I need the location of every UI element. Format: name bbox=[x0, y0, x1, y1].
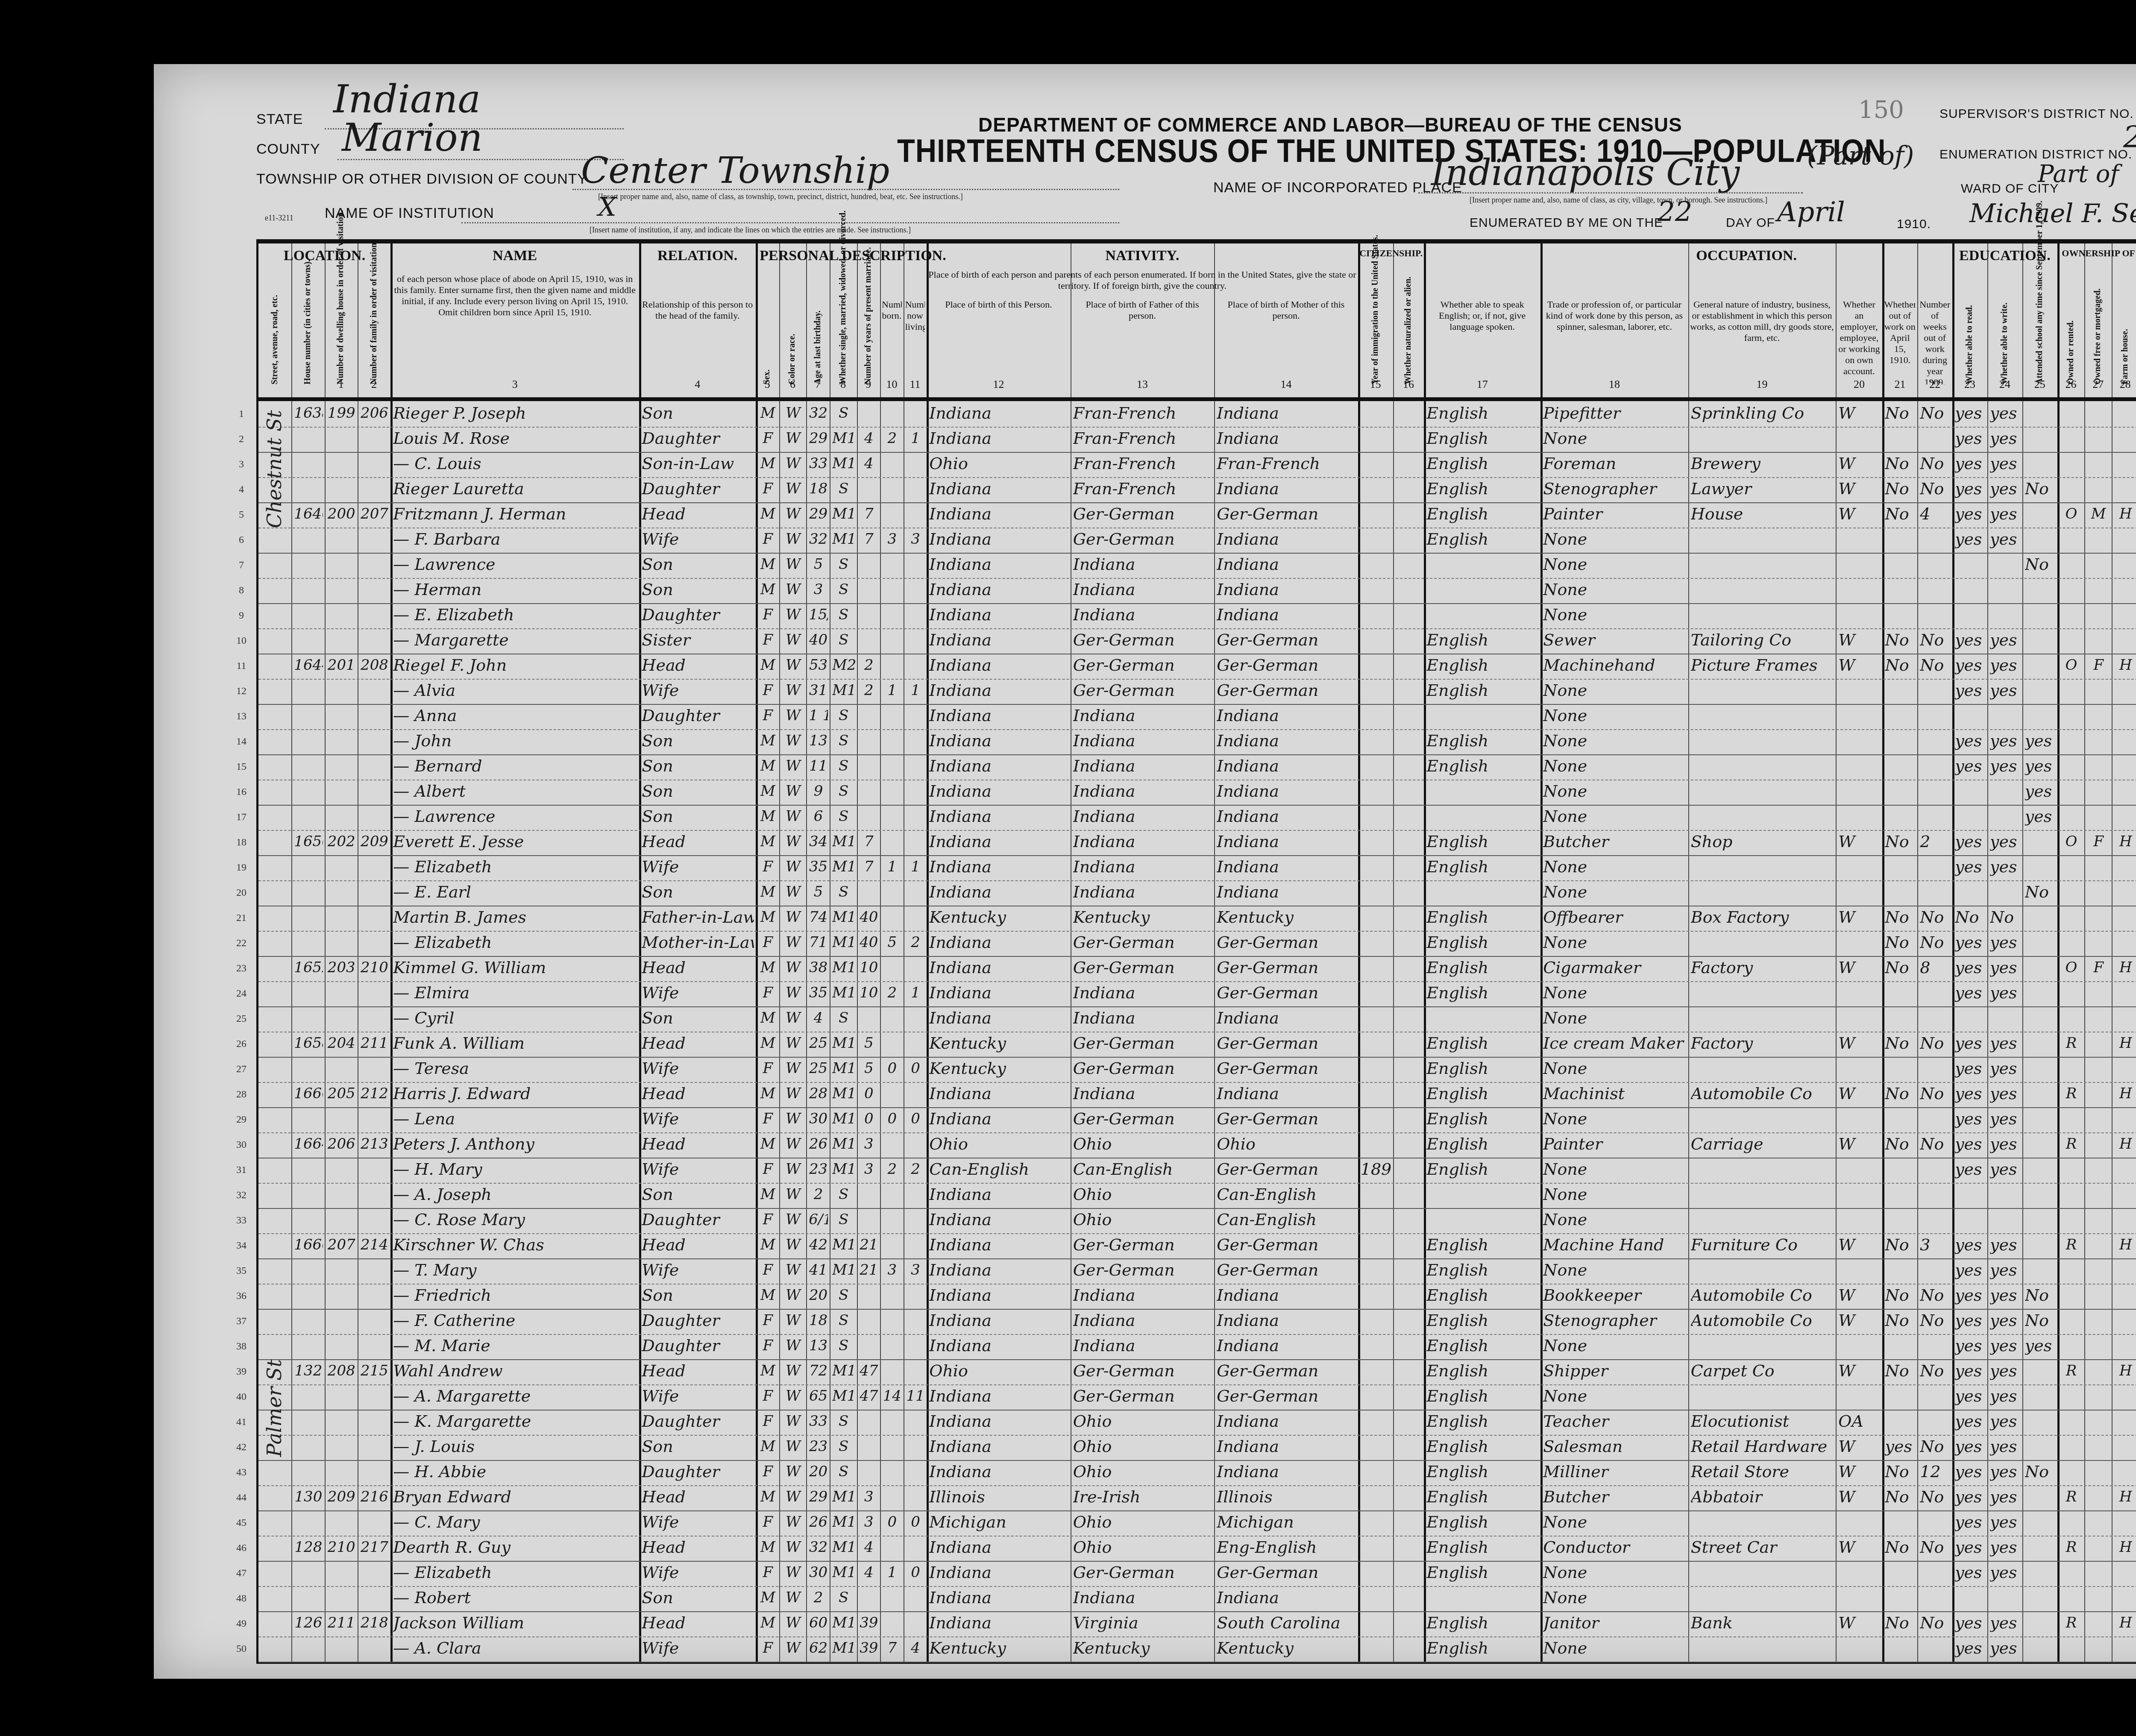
cell-yrs bbox=[860, 576, 879, 601]
cell-name: Kirschner W. Chas bbox=[393, 1232, 637, 1257]
line-number: 12 bbox=[233, 686, 250, 697]
column-group-personal: PERSONAL DESCRIPTION. bbox=[756, 248, 950, 264]
cell-race: W bbox=[782, 954, 805, 979]
cell-yrs: 4 bbox=[860, 425, 879, 450]
cell-weeks: No bbox=[1920, 904, 1951, 929]
cell-marital: M2 bbox=[832, 652, 855, 677]
cell-sex: M bbox=[758, 1282, 778, 1307]
column-number: 15 bbox=[1358, 378, 1393, 391]
cell-relation: Son bbox=[642, 1433, 754, 1458]
cell-read bbox=[1955, 879, 1986, 904]
cell-name: — C. Rose Mary bbox=[393, 1206, 637, 1232]
cell-own: R bbox=[2060, 1232, 2083, 1257]
line-number: 11 bbox=[233, 660, 250, 672]
cell-industry bbox=[1691, 778, 1834, 803]
cell-house bbox=[294, 601, 323, 627]
line-number: 5 bbox=[233, 509, 250, 521]
cell-nat bbox=[1396, 601, 1423, 627]
cell-pob: Indiana bbox=[929, 1534, 1068, 1559]
cell-pob_f: Indiana bbox=[1073, 1584, 1212, 1610]
cell-born bbox=[883, 450, 902, 475]
cell-pob_f: Indiana bbox=[1073, 727, 1212, 753]
cell-marital: M1 bbox=[832, 1509, 855, 1534]
cell-weeks: 12 bbox=[1920, 1458, 1951, 1484]
cell-read: yes bbox=[1955, 1055, 1986, 1080]
column-header-pob: Place of birth of this Person. bbox=[928, 299, 1068, 384]
cell-age: 2 bbox=[809, 1181, 828, 1206]
line-number: 21 bbox=[233, 912, 250, 924]
cell-pob_m: Ger-German bbox=[1217, 1030, 1356, 1055]
cell-living bbox=[906, 1332, 925, 1358]
cell-industry: Sprinkling Co bbox=[1691, 400, 1834, 425]
cell-sex: F bbox=[758, 1106, 778, 1131]
cell-dwelling: 209 bbox=[327, 1484, 356, 1509]
cell-fh bbox=[2114, 475, 2136, 501]
line-number: 20 bbox=[233, 887, 250, 899]
column-header-school: Attended school any time since September… bbox=[2035, 278, 2045, 384]
column-divider bbox=[756, 243, 758, 1662]
cell-eng bbox=[1426, 803, 1539, 828]
cell-relation: Wife bbox=[642, 979, 754, 1005]
column-number: 27 bbox=[2084, 378, 2112, 391]
cell-school: No bbox=[2025, 475, 2056, 501]
cell-dwelling bbox=[327, 727, 356, 753]
column-header-dwelling: Number of dwelling house in order of vis… bbox=[336, 278, 346, 384]
line-number: 7 bbox=[233, 560, 250, 571]
cell-weeks bbox=[1920, 526, 1951, 551]
cell-name: — F. Catherine bbox=[393, 1307, 637, 1332]
column-divider bbox=[2112, 243, 2113, 1662]
cell-industry bbox=[1691, 1206, 1834, 1232]
cell-imm bbox=[1361, 501, 1391, 526]
column-number: 12 bbox=[927, 378, 1070, 391]
cell-relation: Daughter bbox=[642, 601, 754, 627]
cell-weeks: No bbox=[1920, 1610, 1951, 1635]
cell-write: yes bbox=[1990, 1534, 2021, 1559]
cell-family: 216 bbox=[360, 1484, 389, 1509]
cell-age: 28 bbox=[809, 1080, 828, 1106]
cell-house bbox=[294, 1509, 323, 1534]
cell-sex: F bbox=[758, 601, 778, 627]
cell-out bbox=[1885, 702, 1916, 727]
cell-pob_f: Indiana bbox=[1073, 1332, 1212, 1358]
line-number: 17 bbox=[233, 812, 250, 823]
cell-nat bbox=[1396, 1206, 1423, 1232]
cell-pob_m: Illinois bbox=[1217, 1484, 1356, 1509]
cell-imm bbox=[1361, 677, 1391, 702]
column-header-nat: Whether naturalized or alien. bbox=[1403, 278, 1413, 384]
cell-pob: Indiana bbox=[929, 803, 1068, 828]
cell-weeks: 3 bbox=[1920, 1232, 1951, 1257]
cell-pob: Indiana bbox=[929, 979, 1068, 1005]
cell-house bbox=[294, 1559, 323, 1584]
cell-relation: Son bbox=[642, 778, 754, 803]
cell-weeks: No bbox=[1920, 929, 1951, 954]
cell-pob_m: Michigan bbox=[1217, 1509, 1356, 1534]
cell-own bbox=[2060, 450, 2083, 475]
column-header-street: Street, avenue, road, etc. bbox=[270, 278, 280, 384]
cell-read: yes bbox=[1955, 1232, 1986, 1257]
cell-mort bbox=[2087, 1156, 2110, 1181]
column-number: 18 bbox=[1540, 378, 1688, 391]
cell-fh bbox=[2114, 778, 2136, 803]
cell-school bbox=[2025, 1358, 2056, 1383]
cell-mort bbox=[2087, 1257, 2110, 1282]
cell-fh bbox=[2114, 1584, 2136, 1610]
cell-trade: Shipper bbox=[1543, 1358, 1687, 1383]
cell-trade: Salesman bbox=[1543, 1433, 1687, 1458]
cell-house bbox=[294, 450, 323, 475]
cell-name: — Albert bbox=[393, 778, 637, 803]
cell-pob: Indiana bbox=[929, 828, 1068, 853]
cell-trade: None bbox=[1543, 929, 1687, 954]
cell-industry: Elocutionist bbox=[1691, 1408, 1834, 1433]
cell-age: 26 bbox=[809, 1131, 828, 1156]
cell-nat bbox=[1396, 929, 1423, 954]
cell-imm bbox=[1361, 425, 1391, 450]
cell-living bbox=[906, 1206, 925, 1232]
cell-relation: Wife bbox=[642, 1559, 754, 1584]
cell-name: — T. Mary bbox=[393, 1257, 637, 1282]
column-number: 10 bbox=[880, 378, 904, 391]
cell-race: W bbox=[782, 1131, 805, 1156]
column-divider bbox=[639, 243, 641, 1662]
cell-living: 11 bbox=[906, 1383, 925, 1408]
cell-pob_f: Kentucky bbox=[1073, 904, 1212, 929]
line-number: 33 bbox=[233, 1215, 250, 1226]
column-divider bbox=[2057, 243, 2060, 1662]
cell-weeks: No bbox=[1920, 1358, 1951, 1383]
cell-imm bbox=[1361, 1257, 1391, 1282]
column-header-emp: Whether an employer, employee, or workin… bbox=[1837, 299, 1881, 384]
cell-write: yes bbox=[1990, 1509, 2021, 1534]
column-header-imm: Year of immigration to the United States… bbox=[1370, 278, 1380, 384]
cell-weeks bbox=[1920, 551, 1951, 576]
cell-house: 1644 bbox=[294, 652, 323, 677]
cell-imm bbox=[1361, 1559, 1391, 1584]
cell-fh bbox=[2114, 526, 2136, 551]
line-number: 36 bbox=[233, 1290, 250, 1302]
cell-yrs: 3 bbox=[860, 1509, 879, 1534]
cell-imm bbox=[1361, 1383, 1391, 1408]
cell-relation: Head bbox=[642, 828, 754, 853]
township-note: [Insert proper name and, also, name of c… bbox=[598, 192, 963, 201]
cell-mort bbox=[2087, 879, 2110, 904]
cell-relation: Daughter bbox=[642, 702, 754, 727]
cell-family bbox=[360, 904, 389, 929]
cell-pob_m: Can-English bbox=[1217, 1181, 1356, 1206]
cell-out: No bbox=[1885, 1232, 1916, 1257]
cell-race: W bbox=[782, 1358, 805, 1383]
cell-born: 5 bbox=[883, 929, 902, 954]
cell-write: yes bbox=[1990, 1030, 2021, 1055]
cell-out bbox=[1885, 1055, 1916, 1080]
cell-house bbox=[294, 979, 323, 1005]
cell-pob_m: Indiana bbox=[1217, 1408, 1356, 1433]
cell-own bbox=[2060, 1055, 2083, 1080]
cell-sex: M bbox=[758, 1232, 778, 1257]
cell-industry: Automobile Co bbox=[1691, 1282, 1834, 1307]
cell-mort bbox=[2087, 1080, 2110, 1106]
cell-name: — H. Abbie bbox=[393, 1458, 637, 1484]
cell-pob: Indiana bbox=[929, 1206, 1068, 1232]
cell-weeks: 4 bbox=[1920, 501, 1951, 526]
cell-pob: Ohio bbox=[929, 1131, 1068, 1156]
cell-trade: Machinehand bbox=[1543, 652, 1687, 677]
cell-out: No bbox=[1885, 1307, 1916, 1332]
cell-yrs: 39 bbox=[860, 1635, 879, 1660]
cell-pob_f: Indiana bbox=[1073, 702, 1212, 727]
cell-race: W bbox=[782, 1610, 805, 1635]
cell-trade: Machine Hand bbox=[1543, 1232, 1687, 1257]
cell-family bbox=[360, 1408, 389, 1433]
institution-value: X bbox=[598, 192, 616, 222]
cell-eng: English bbox=[1426, 1156, 1539, 1181]
cell-dwelling bbox=[327, 1584, 356, 1610]
cell-fh bbox=[2114, 551, 2136, 576]
cell-pob: Indiana bbox=[929, 627, 1068, 652]
cell-read: yes bbox=[1955, 1383, 1986, 1408]
cell-age: 33 bbox=[809, 450, 828, 475]
column-divider bbox=[1393, 243, 1394, 1662]
cell-mort: F bbox=[2087, 954, 2110, 979]
cell-own bbox=[2060, 1559, 2083, 1584]
cell-eng: English bbox=[1426, 1106, 1539, 1131]
cell-emp: W bbox=[1838, 1030, 1881, 1055]
line-number: 29 bbox=[233, 1114, 250, 1126]
cell-pob: Kentucky bbox=[929, 904, 1068, 929]
cell-own bbox=[2060, 1332, 2083, 1358]
cell-sex: M bbox=[758, 1005, 778, 1030]
cell-nat bbox=[1396, 475, 1423, 501]
cell-out bbox=[1885, 879, 1916, 904]
line-number: 43 bbox=[233, 1467, 250, 1478]
cell-imm bbox=[1361, 879, 1391, 904]
form-code: e11-3211 bbox=[265, 214, 293, 223]
cell-dwelling bbox=[327, 702, 356, 727]
cell-nat bbox=[1396, 727, 1423, 753]
cell-house bbox=[294, 526, 323, 551]
cell-house: 1652 bbox=[294, 954, 323, 979]
cell-age: 29 bbox=[809, 1484, 828, 1509]
cell-race: W bbox=[782, 1332, 805, 1358]
cell-relation: Son bbox=[642, 551, 754, 576]
cell-race: W bbox=[782, 1030, 805, 1055]
cell-write: yes bbox=[1990, 1156, 2021, 1181]
cell-fh bbox=[2114, 1332, 2136, 1358]
cell-own bbox=[2060, 1282, 2083, 1307]
cell-dwelling: 210 bbox=[327, 1534, 356, 1559]
cell-pob: Indiana bbox=[929, 1307, 1068, 1332]
cell-own bbox=[2060, 1106, 2083, 1131]
cell-born bbox=[883, 1484, 902, 1509]
line-number: 2 bbox=[233, 434, 250, 445]
cell-relation: Daughter bbox=[642, 1206, 754, 1232]
cell-imm bbox=[1361, 979, 1391, 1005]
cell-relation: Wife bbox=[642, 526, 754, 551]
cell-emp: W bbox=[1838, 954, 1881, 979]
line-number: 3 bbox=[233, 459, 250, 470]
cell-weeks bbox=[1920, 1206, 1951, 1232]
cell-nat bbox=[1396, 1635, 1423, 1660]
cell-relation: Daughter bbox=[642, 1332, 754, 1358]
cell-sex: F bbox=[758, 929, 778, 954]
cell-read bbox=[1955, 702, 1986, 727]
cell-nat bbox=[1396, 803, 1423, 828]
cell-pob_f: Ger-German bbox=[1073, 501, 1212, 526]
cell-pob_m: Ohio bbox=[1217, 1131, 1356, 1156]
cell-family: 207 bbox=[360, 501, 389, 526]
cell-born bbox=[883, 1534, 902, 1559]
cell-relation: Head bbox=[642, 1131, 754, 1156]
cell-yrs: 7 bbox=[860, 501, 879, 526]
cell-yrs: 7 bbox=[860, 526, 879, 551]
cell-yrs bbox=[860, 1181, 879, 1206]
cell-emp: W bbox=[1838, 1131, 1881, 1156]
cell-imm bbox=[1361, 526, 1391, 551]
cell-out bbox=[1885, 1584, 1916, 1610]
cell-write: yes bbox=[1990, 954, 2021, 979]
cell-industry bbox=[1691, 425, 1834, 450]
cell-name: — Herman bbox=[393, 576, 637, 601]
cell-weeks: No bbox=[1920, 1030, 1951, 1055]
cell-write: yes bbox=[1990, 1257, 2021, 1282]
enum-day: 22 bbox=[1658, 196, 1692, 228]
cell-pob_f: Indiana bbox=[1073, 576, 1212, 601]
cell-family bbox=[360, 551, 389, 576]
cell-pob_f: Ger-German bbox=[1073, 1106, 1212, 1131]
cell-own: O bbox=[2060, 954, 2083, 979]
cell-eng: English bbox=[1426, 400, 1539, 425]
column-divider bbox=[806, 243, 807, 1662]
cell-pob: Indiana bbox=[929, 1181, 1068, 1206]
cell-own bbox=[2060, 979, 2083, 1005]
cell-pob_f: Ohio bbox=[1073, 1408, 1212, 1433]
column-number: 6 bbox=[779, 378, 807, 391]
cell-own bbox=[2060, 1156, 2083, 1181]
cell-sex: F bbox=[758, 1458, 778, 1484]
cell-imm bbox=[1361, 601, 1391, 627]
cell-pob_f: Indiana bbox=[1073, 828, 1212, 853]
cell-nat bbox=[1396, 1534, 1423, 1559]
cell-yrs: 21 bbox=[860, 1232, 879, 1257]
cell-fh bbox=[2114, 1005, 2136, 1030]
cell-eng bbox=[1426, 879, 1539, 904]
cell-school: No bbox=[2025, 1307, 2056, 1332]
cell-pob: Ohio bbox=[929, 1358, 1068, 1383]
cell-pob: Indiana bbox=[929, 475, 1068, 501]
cell-dwelling: 200 bbox=[327, 501, 356, 526]
cell-write: yes bbox=[1990, 526, 2021, 551]
cell-born bbox=[883, 702, 902, 727]
cell-own: R bbox=[2060, 1484, 2083, 1509]
cell-living bbox=[906, 1282, 925, 1307]
cell-emp: W bbox=[1838, 1610, 1881, 1635]
cell-trade: None bbox=[1543, 778, 1687, 803]
cell-write: yes bbox=[1990, 475, 2021, 501]
cell-living bbox=[906, 450, 925, 475]
cell-name: Everett E. Jesse bbox=[393, 828, 637, 853]
cell-age: 25 bbox=[809, 1055, 828, 1080]
cell-name: Rieger Lauretta bbox=[393, 475, 637, 501]
cell-born: 0 bbox=[883, 1509, 902, 1534]
cell-industry bbox=[1691, 803, 1834, 828]
cell-industry bbox=[1691, 1055, 1834, 1080]
cell-pob_f: Ger-German bbox=[1073, 929, 1212, 954]
cell-born bbox=[883, 1332, 902, 1358]
cell-family bbox=[360, 1433, 389, 1458]
cell-mort bbox=[2087, 904, 2110, 929]
line-number: 27 bbox=[233, 1064, 250, 1075]
cell-house: 1640 bbox=[294, 501, 323, 526]
cell-born bbox=[883, 1131, 902, 1156]
cell-born bbox=[883, 1282, 902, 1307]
cell-pob_m: Indiana bbox=[1217, 879, 1356, 904]
cell-school bbox=[2025, 1383, 2056, 1408]
cell-out bbox=[1885, 677, 1916, 702]
cell-read: yes bbox=[1955, 1509, 1986, 1534]
cell-family: 215 bbox=[360, 1358, 389, 1383]
cell-nat bbox=[1396, 828, 1423, 853]
cell-fh bbox=[2114, 1055, 2136, 1080]
cell-emp bbox=[1838, 1509, 1881, 1534]
cell-mort bbox=[2087, 803, 2110, 828]
cell-school bbox=[2025, 1131, 2056, 1156]
cell-industry bbox=[1691, 601, 1834, 627]
cell-sex: M bbox=[758, 450, 778, 475]
cell-race: W bbox=[782, 1106, 805, 1131]
cell-weeks bbox=[1920, 727, 1951, 753]
line-number: 35 bbox=[233, 1265, 250, 1277]
cell-mort bbox=[2087, 1005, 2110, 1030]
cell-race: W bbox=[782, 929, 805, 954]
cell-out bbox=[1885, 1257, 1916, 1282]
cell-born bbox=[883, 1030, 902, 1055]
cell-born bbox=[883, 904, 902, 929]
cell-fh bbox=[2114, 979, 2136, 1005]
column-number: 14 bbox=[1214, 378, 1358, 391]
cell-eng: English bbox=[1426, 475, 1539, 501]
cell-yrs bbox=[860, 1005, 879, 1030]
cell-name: — H. Mary bbox=[393, 1156, 637, 1181]
cell-house bbox=[294, 1005, 323, 1030]
cell-house bbox=[294, 1307, 323, 1332]
cell-sex: F bbox=[758, 1408, 778, 1433]
cell-read bbox=[1955, 778, 1986, 803]
cell-family bbox=[360, 1206, 389, 1232]
cell-living bbox=[906, 1433, 925, 1458]
cell-family bbox=[360, 778, 389, 803]
cell-read: yes bbox=[1955, 853, 1986, 879]
cell-write: yes bbox=[1990, 1383, 2021, 1408]
cell-pob: Illinois bbox=[929, 1484, 1068, 1509]
cell-age: 42 bbox=[809, 1232, 828, 1257]
cell-age: 13 bbox=[809, 1332, 828, 1358]
cell-read: yes bbox=[1955, 1458, 1986, 1484]
cell-pob_m: Indiana bbox=[1217, 1307, 1356, 1332]
cell-nat bbox=[1396, 1358, 1423, 1383]
column-header-industry: General nature of industry, business, or… bbox=[1690, 299, 1834, 384]
cell-pob_f: Indiana bbox=[1073, 853, 1212, 879]
cell-living bbox=[906, 1181, 925, 1206]
cell-mort: F bbox=[2087, 828, 2110, 853]
line-number: 48 bbox=[233, 1593, 250, 1604]
cell-imm bbox=[1361, 1509, 1391, 1534]
cell-name: — Lena bbox=[393, 1106, 637, 1131]
line-number: 50 bbox=[233, 1643, 250, 1655]
cell-weeks bbox=[1920, 979, 1951, 1005]
cell-dwelling bbox=[327, 778, 356, 803]
